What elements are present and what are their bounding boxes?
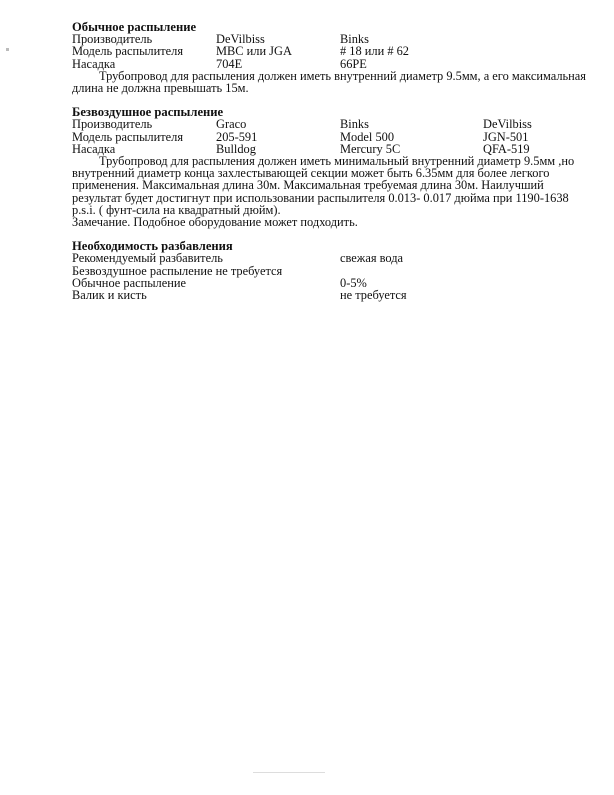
document-page: Обычное распыление Производитель DeVilbi… xyxy=(72,21,592,301)
section-conventional-spray: Обычное распыление Производитель DeVilbi… xyxy=(72,21,592,94)
row-label: Модель распылителя xyxy=(72,45,183,57)
row-label: Насадка xyxy=(72,143,115,155)
table-row: Обычное распыление 0-5% xyxy=(72,277,592,289)
table-row: Модель распылителя MBC или JGA # 18 или … xyxy=(72,45,592,57)
cell: JGN-501 xyxy=(483,131,528,143)
table-row: Валик и кисть не требуется xyxy=(72,289,592,301)
paragraph: Трубопровод для распыления должен иметь … xyxy=(72,155,592,216)
cell: MBC или JGA xyxy=(216,45,292,57)
row-label: Модель распылителя xyxy=(72,131,183,143)
row-label: Рекомендуемый разбавитель xyxy=(72,252,223,264)
cell: Binks xyxy=(340,118,369,130)
section-thinning: Необходимость разбавления Рекомендуемый … xyxy=(72,240,592,301)
table-row: Рекомендуемый разбавитель свежая вода xyxy=(72,252,592,264)
table-row: Модель распылителя 205-591 Model 500 JGN… xyxy=(72,131,592,143)
cell: 205-591 xyxy=(216,131,257,143)
cell: Bulldog xyxy=(216,143,256,155)
cell: 66PE xyxy=(340,58,367,70)
table-row: Производитель Graco Binks DeVilbiss xyxy=(72,118,592,130)
paragraph: Трубопровод для распыления должен иметь … xyxy=(72,70,592,94)
row-label: Производитель xyxy=(72,118,152,130)
cell: Mercury 5C xyxy=(340,143,400,155)
table-row: Насадка 704E 66PE xyxy=(72,58,592,70)
section-airless-spray: Безвоздушное распыление Производитель Gr… xyxy=(72,106,592,228)
cell: # 18 или # 62 xyxy=(340,45,409,57)
cell: Graco xyxy=(216,118,246,130)
row-label: Валик и кисть xyxy=(72,289,147,301)
scan-speck xyxy=(6,48,9,51)
cell: не требуется xyxy=(340,289,407,301)
note: Замечание. Подобное оборудование может п… xyxy=(72,216,592,228)
scan-artifact xyxy=(253,772,325,773)
cell: DeVilbiss xyxy=(483,118,532,130)
cell: Model 500 xyxy=(340,131,394,143)
row-label: Насадка xyxy=(72,58,115,70)
table-row: Безвоздушное распыление не требуется xyxy=(72,265,592,277)
cell: свежая вода xyxy=(340,252,403,264)
row-label: Безвоздушное распыление не требуется xyxy=(72,265,282,277)
table-row: Насадка Bulldog Mercury 5C QFA-519 xyxy=(72,143,592,155)
cell: 704E xyxy=(216,58,242,70)
cell: QFA-519 xyxy=(483,143,530,155)
